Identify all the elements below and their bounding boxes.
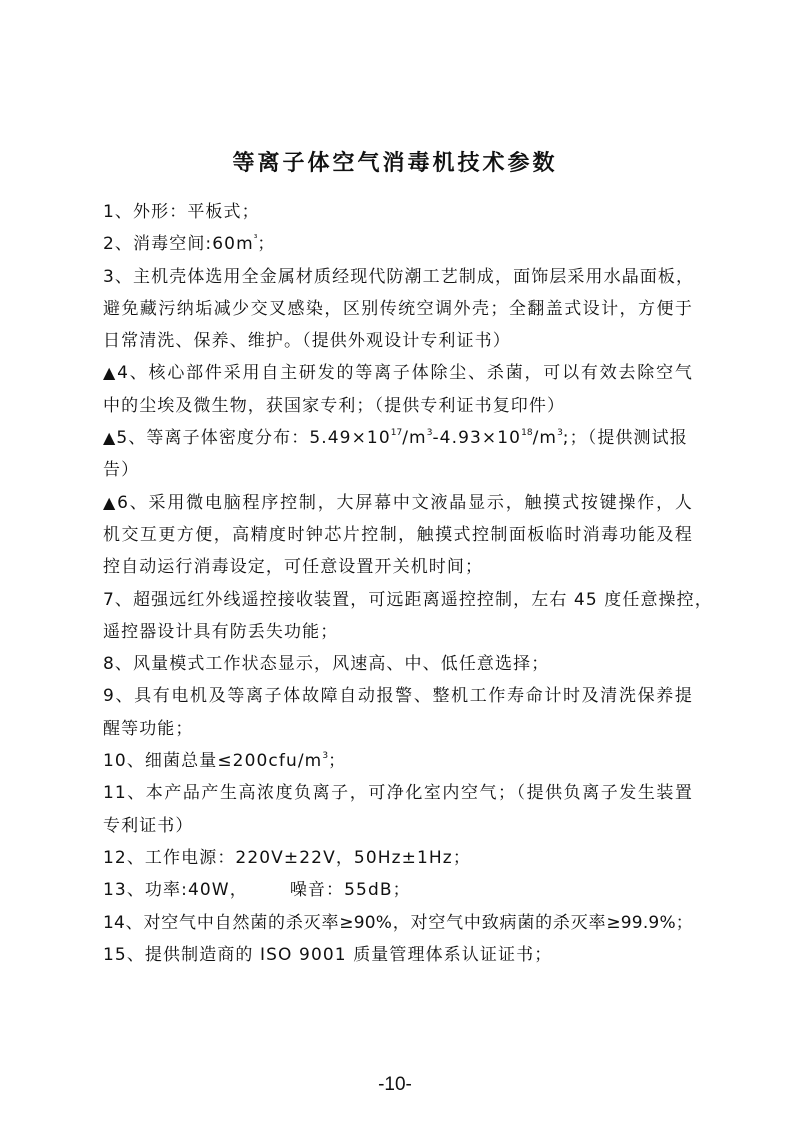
spec-item-7-line-2: 遥控器设计具有防丢失功能；: [103, 616, 693, 648]
spec-item-3-line-3: 日常清洗、保养、维护。（提供外观设计专利证书）: [103, 325, 693, 357]
spec-item-1: 1、外形：平板式；: [103, 196, 693, 228]
spec-item-14: 14、对空气中自然菌的杀灭率≥90%，对空气中致病菌的杀灭率≥99.9%；: [103, 907, 693, 939]
spec-item-8: 8、风量模式工作状态显示，风速高、中、低任意选择；: [103, 648, 693, 680]
spec-item-9-line-2: 醒等功能；: [103, 713, 693, 745]
spec-item-6-line-3: 控自动运行消毒设定，可任意设置开关机时间；: [103, 551, 693, 583]
spec-item-15: 15、提供制造商的 ISO 9001 质量管理体系认证证书；: [103, 939, 693, 971]
spec-item-5-line-1: ▲5、等离子体密度分布：5.49×1017/m3-4.93×1018/m3;；（…: [103, 422, 693, 454]
spec-item-6-line-2: 机交互更方便，高精度时钟芯片控制，触摸式控制面板临时消毒功能及程: [103, 519, 693, 551]
spec-item-5-line-2: 告）: [103, 454, 693, 486]
document-title: 等离子体空气消毒机技术参数: [0, 146, 790, 177]
spec-item-12: 12、工作电源：220V±22V，50Hz±1Hz；: [103, 842, 693, 874]
spec-item-9-line-1: 9、具有电机及等离子体故障自动报警、整机工作寿命计时及清洗保养提: [103, 680, 693, 712]
spec-item-10: 10、细菌总量≤200cfu/m3；: [103, 745, 693, 777]
spec-item-3-line-1: 3、主机壳体选用全金属材质经现代防潮工艺制成，面饰层采用水晶面板，: [103, 261, 693, 293]
spec-item-2: 2、消毒空间:60m³；: [103, 228, 693, 260]
page-number: -10-: [0, 1074, 790, 1096]
spec-list: 1、外形：平板式； 2、消毒空间:60m³； 3、主机壳体选用全金属材质经现代防…: [103, 196, 693, 971]
spec-item-11-line-2: 专利证书）: [103, 810, 693, 842]
spec-item-4-line-2: 中的尘埃及微生物，获国家专利；（提供专利证书复印件）: [103, 390, 693, 422]
spec-item-11-line-1: 11、本产品产生高浓度负离子，可净化室内空气；（提供负离子发生装置: [103, 777, 693, 809]
spec-item-3-line-2: 避免藏污纳垢减少交叉感染，区别传统空调外壳；全翻盖式设计，方便于: [103, 293, 693, 325]
triangle-marker-icon: ▲: [103, 363, 117, 382]
spec-item-13: 13、功率:40W，噪音：55dB；: [103, 874, 693, 906]
spec-item-7-line-1: 7、超强远红外线遥控接收装置，可远距离遥控控制，左右 45 度任意操控，: [103, 584, 693, 616]
spec-item-6-line-1: ▲6、采用微电脑程序控制，大屏幕中文液晶显示，触摸式按键操作，人: [103, 487, 693, 519]
triangle-marker-icon: ▲: [103, 493, 117, 512]
triangle-marker-icon: ▲: [103, 428, 116, 447]
spec-item-4-line-1: ▲4、核心部件采用自主研发的等离子体除尘、杀菌，可以有效去除空气: [103, 357, 693, 389]
